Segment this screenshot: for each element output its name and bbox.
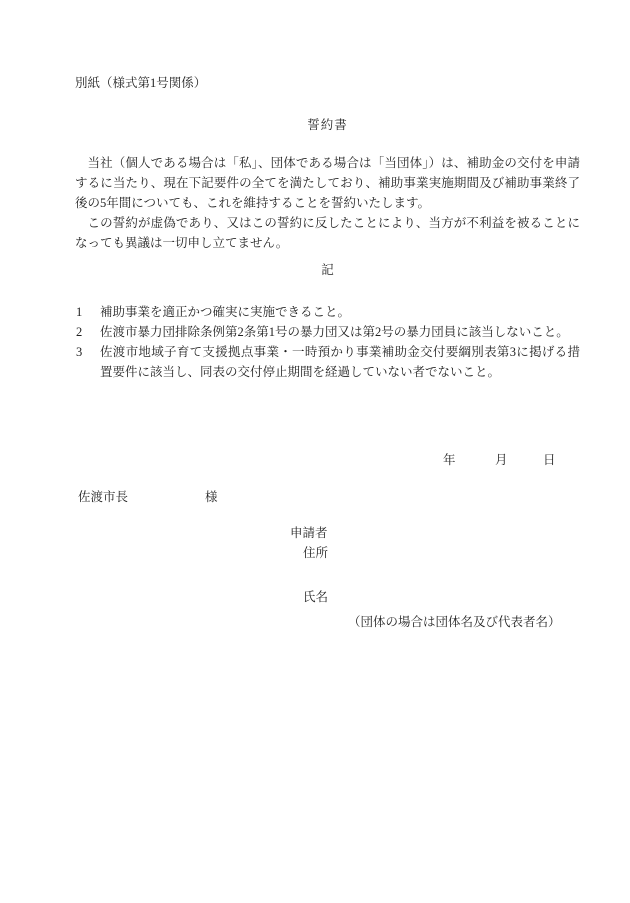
condition-item-3: 3 佐渡市地域子育て支援拠点事業・一時預かり事業補助金交付要綱別表第3に掲げる措… (75, 342, 580, 382)
record-heading: 記 (75, 260, 580, 280)
addressee-title: 佐渡市長 (78, 487, 128, 507)
pledge-paragraph-1: 当社（個人である場合は「私」、団体である場合は「当団体」）は、補助金の交付を申請… (75, 153, 580, 213)
pledge-paragraph-2: この誓約が虚偽であり、又はこの誓約に反したことにより、当方が不利益を被ることにな… (75, 213, 580, 253)
applicant-address-label: 住所 (75, 543, 580, 563)
document-page: 別紙（様式第1号関係） 誓約書 当社（個人である場合は「私」、団体である場合は「… (0, 0, 630, 903)
date-day-label: 日 (543, 450, 556, 470)
applicant-name-label: 氏名 (75, 587, 580, 607)
date-month-label: 月 (495, 450, 508, 470)
body-text: 当社（個人である場合は「私」、団体である場合は「当団体」）は、補助金の交付を申請… (75, 153, 580, 253)
date-year-label: 年 (443, 450, 456, 470)
condition-number-2: 2 (76, 322, 82, 342)
condition-number-3: 3 (76, 342, 82, 362)
date-line: 年 月 日 (75, 450, 580, 470)
condition-text-2: 佐渡市暴力団排除条例第2条第1号の暴力団又は第2号の暴力団員に該当しないこと。 (100, 325, 569, 339)
applicant-label: 申請者 (75, 523, 580, 543)
applicant-group-note: （団体の場合は団体名及び代表者名） (75, 612, 580, 632)
document-title: 誓約書 (75, 115, 580, 135)
condition-text-1: 補助事業を適正かつ確実に実施できること。 (100, 305, 350, 319)
addressee-line: 佐渡市長 様 (75, 487, 580, 507)
condition-number-1: 1 (76, 302, 82, 322)
condition-list: 1 補助事業を適正かつ確実に実施できること。 2 佐渡市暴力団排除条例第2条第1… (75, 302, 580, 382)
condition-item-2: 2 佐渡市暴力団排除条例第2条第1号の暴力団又は第2号の暴力団員に該当しないこと… (75, 322, 580, 342)
condition-text-3: 佐渡市地域子育て支援拠点事業・一時預かり事業補助金交付要綱別表第3に掲げる措置要… (100, 345, 580, 379)
attachment-note: 別紙（様式第1号関係） (75, 73, 580, 93)
condition-item-1: 1 補助事業を適正かつ確実に実施できること。 (75, 302, 580, 322)
addressee-honorific: 様 (205, 487, 218, 507)
